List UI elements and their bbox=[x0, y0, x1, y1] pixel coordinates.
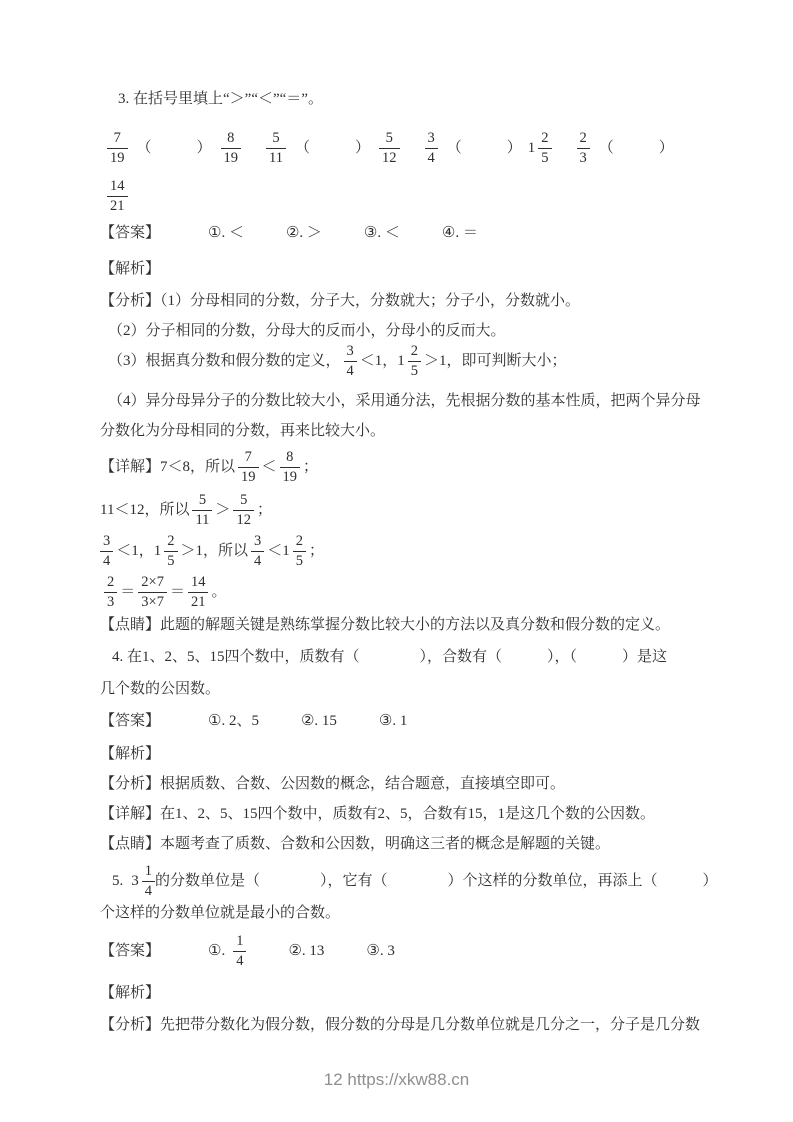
mixed-whole: 1 bbox=[154, 540, 162, 562]
fraction-denominator: 3 bbox=[577, 148, 590, 168]
fraction-numerator: 2 bbox=[408, 342, 421, 361]
q4-stem-text: 几个数的公因数。 bbox=[100, 681, 220, 697]
fraction-denominator: 4 bbox=[142, 881, 155, 901]
fraction-denominator: 19 bbox=[221, 148, 242, 168]
detail-text: ＜1， bbox=[116, 540, 154, 562]
q3-analysis-line5: 分数化为分母相同的分数，再来比较大小。 bbox=[100, 420, 385, 442]
q4-stem-text: 4. 在1、2、5、15四个数中，质数有（ ），合数有（ ），（ ）是这 bbox=[112, 649, 667, 665]
fraction-denominator: 19 bbox=[107, 148, 128, 168]
answer-item: ②. 13 bbox=[288, 940, 324, 962]
fraction: 719 bbox=[107, 129, 128, 168]
mixed-number: 125 bbox=[528, 129, 555, 168]
fraction-denominator: 5 bbox=[538, 148, 551, 168]
detail-text: 【详解】7＜8，所以 bbox=[100, 456, 235, 478]
q5-stem-line2: 个这样的分数单位就是最小的合数。 bbox=[100, 902, 340, 924]
fraction-numerator: 8 bbox=[283, 448, 296, 467]
fraction: 2×73×7 bbox=[138, 573, 167, 612]
detail-text: ＝ bbox=[170, 581, 185, 603]
mixed-number: 125 bbox=[154, 532, 181, 571]
detail-text: 【详解】在1、2、5、15四个数中，质数有2、5，合数有15，1是这几个数的公因… bbox=[100, 806, 655, 822]
fraction-denominator: 3 bbox=[104, 592, 117, 612]
fraction-numerator: 5 bbox=[269, 129, 282, 148]
analysis-text: （4）异分母异分子的分数比较大小，采用通分法，先根据分数的基本性质，把两个异分母 bbox=[108, 393, 701, 409]
q3-stem-text: 3. 在括号里填上“＞”“＜”“＝”。 bbox=[118, 91, 323, 107]
answer-item: ①. bbox=[208, 940, 225, 962]
answer-label: 【答案】 bbox=[100, 222, 160, 244]
q5-number: 5. bbox=[112, 870, 123, 892]
fraction-denominator: 4 bbox=[233, 951, 246, 971]
worksheet-page: 3. 在括号里填上“＞”“＜”“＝”。 719 （ ） 819 511 （ ） … bbox=[0, 0, 793, 1122]
q3-detail-line3: 34 ＜1， 125 ＞1，所以 34 ＜ 125 ； bbox=[100, 529, 324, 573]
fraction-numerator: 3 bbox=[251, 532, 264, 551]
detail-text: ＞1，所以 bbox=[181, 540, 249, 562]
fraction: 512 bbox=[379, 129, 400, 168]
fraction-numerator: 2 bbox=[293, 532, 306, 551]
analysis-text: 【分析】先把带分数化为假分数，假分数的分母是几分数单位就是几分之一，分子是几分数 bbox=[100, 1017, 700, 1033]
fraction-numerator: 3 bbox=[425, 129, 438, 148]
footer-text: 12 https://xkw88.cn bbox=[324, 1070, 470, 1089]
fraction-denominator: 21 bbox=[107, 196, 128, 216]
detail-text: ＞ bbox=[215, 499, 230, 521]
mixed-whole: 1 bbox=[528, 137, 536, 159]
jiexi-label: 【解析】 bbox=[100, 746, 160, 762]
fraction-numerator: 14 bbox=[107, 177, 128, 196]
dianjing-text: 【点睛】本题考查了质数、合数和公因数，明确这三者的概念是解题的关键。 bbox=[100, 836, 610, 852]
fraction-numerator: 3 bbox=[344, 342, 357, 361]
mixed-whole: 1 bbox=[282, 540, 290, 562]
fraction-numerator: 7 bbox=[242, 448, 255, 467]
fraction: 34 bbox=[425, 129, 438, 168]
fraction-numerator: 5 bbox=[196, 491, 209, 510]
fraction-numerator: 2 bbox=[164, 532, 177, 551]
answer-item: ③. 3 bbox=[366, 940, 394, 962]
q3-dianjing-line: 【点睛】此题的解题关键是熟练掌握分数比较大小的方法以及真分数和假分数的定义。 bbox=[100, 614, 670, 636]
answer-item: ③. ＜ bbox=[364, 222, 400, 244]
mixed-number: 125 bbox=[397, 342, 424, 381]
jiexi-label: 【解析】 bbox=[100, 985, 160, 1001]
fraction-denominator: 4 bbox=[251, 551, 264, 571]
detail-text: ＜ bbox=[262, 456, 277, 478]
fraction: 34 bbox=[344, 342, 357, 381]
fraction-numerator: 5 bbox=[383, 129, 396, 148]
fraction-denominator: 5 bbox=[164, 551, 177, 571]
fraction: 23 bbox=[104, 573, 117, 612]
fraction: 14 bbox=[233, 932, 246, 971]
detail-text: 11＜12，所以 bbox=[100, 499, 189, 521]
dianjing-text: 【点睛】此题的解题关键是熟练掌握分数比较大小的方法以及真分数和假分数的定义。 bbox=[100, 617, 670, 633]
fraction-numerator: 2 bbox=[104, 573, 117, 592]
analysis-text: （2）分子相同的分数，分母大的反而小，分母小的反而大。 bbox=[108, 323, 506, 339]
fraction: 719 bbox=[238, 448, 259, 487]
blank-parens: （ ） bbox=[599, 137, 674, 159]
q3-analysis-line3: （3）根据真分数和假分数的定义， 34 ＜1， 125 ＞1，即可判断大小； bbox=[108, 338, 567, 384]
detail-text: ； bbox=[303, 456, 318, 478]
analysis-text: ＞1，即可判断大小； bbox=[424, 350, 567, 372]
q3-fraction-row: 719 （ ） 819 511 （ ） 512 34 （ ） 125 23 （ … bbox=[104, 124, 680, 172]
detail-text: ； bbox=[309, 540, 324, 562]
blank-parens: （ ） bbox=[137, 137, 212, 159]
fraction: 25 bbox=[293, 532, 306, 571]
fraction: 25 bbox=[164, 532, 177, 571]
analysis-text: 【分析】根据质数、合数、公因数的概念，结合题意，直接填空即可。 bbox=[100, 776, 565, 792]
fraction: 34 bbox=[251, 532, 264, 571]
mixed-whole: 1 bbox=[397, 350, 405, 372]
fraction-numerator: 8 bbox=[224, 129, 237, 148]
fraction-denominator: 4 bbox=[425, 148, 438, 168]
answer-item: ②. 15 bbox=[301, 710, 337, 732]
fraction: 34 bbox=[100, 532, 113, 571]
q4-jiexi-line: 【解析】 bbox=[100, 743, 160, 765]
answer-item: ①. 2、5 bbox=[208, 710, 259, 732]
answer-item: ①. ＜ bbox=[208, 222, 244, 244]
fraction-numerator: 5 bbox=[237, 491, 250, 510]
fraction: 819 bbox=[221, 129, 242, 168]
fraction-denominator: 19 bbox=[238, 467, 259, 487]
analysis-text: （3）根据真分数和假分数的定义， bbox=[108, 350, 341, 372]
answer-label: 【答案】 bbox=[100, 940, 160, 962]
jiexi-label: 【解析】 bbox=[100, 261, 160, 277]
q3-analysis-line4: （4）异分母异分子的分数比较大小，采用通分法，先根据分数的基本性质，把两个异分母 bbox=[108, 390, 701, 412]
fraction-numerator: 1 bbox=[233, 932, 246, 951]
q5-jiexi-line: 【解析】 bbox=[100, 982, 160, 1004]
fraction: 14 bbox=[142, 862, 155, 901]
mixed-number: 314 bbox=[131, 862, 155, 901]
fraction-denominator: 3×7 bbox=[138, 592, 167, 612]
q4-analysis-line: 【分析】根据质数、合数、公因数的概念，结合题意，直接填空即可。 bbox=[100, 773, 565, 795]
q3-answer-row: 【答案】 ①. ＜ ②. ＞ ③. ＜ ④. ＝ bbox=[100, 222, 520, 244]
page-footer: 12 https://xkw88.cn bbox=[0, 1070, 793, 1090]
fraction-numerator: 14 bbox=[188, 573, 209, 592]
detail-text: ＜ bbox=[267, 540, 282, 562]
q3-stem-line: 3. 在括号里填上“＞”“＜”“＝”。 bbox=[118, 88, 323, 110]
analysis-text: 分数化为分母相同的分数，再来比较大小。 bbox=[100, 423, 385, 439]
fraction-denominator: 21 bbox=[188, 592, 209, 612]
q4-detail-line: 【详解】在1、2、5、15四个数中，质数有2、5，合数有15，1是这几个数的公因… bbox=[100, 803, 655, 825]
q4-answer-row: 【答案】 ①. 2、5 ②. 15 ③. 1 bbox=[100, 710, 449, 732]
q4-stem-line2: 几个数的公因数。 bbox=[100, 678, 220, 700]
fraction-denominator: 12 bbox=[379, 148, 400, 168]
fraction: 1421 bbox=[188, 573, 209, 612]
q5-answer-row: 【答案】 ①. 14 ②. 13 ③. 3 bbox=[100, 928, 437, 974]
analysis-text: ＜1， bbox=[360, 350, 398, 372]
detail-text: ＝ bbox=[120, 581, 135, 603]
fraction-denominator: 5 bbox=[408, 361, 421, 381]
q5-stem-text: 个这样的分数单位就是最小的合数。 bbox=[100, 905, 340, 921]
blank-parens: （ ） bbox=[447, 137, 522, 159]
fraction-numerator: 3 bbox=[100, 532, 113, 551]
answer-item: ④. ＝ bbox=[442, 222, 478, 244]
q3-analysis-line1: 【分析】（1）分母相同的分数，分子大，分数就大；分子小，分数就小。 bbox=[100, 290, 580, 312]
detail-text: 。 bbox=[211, 581, 226, 603]
fraction: 23 bbox=[577, 129, 590, 168]
fraction-denominator: 4 bbox=[100, 551, 113, 571]
mixed-number: 125 bbox=[282, 532, 309, 571]
q5-stem-text: 的分数单位是（ ），它有（ ）个这样的分数单位，再添上（ ） bbox=[155, 870, 718, 892]
blank-parens: （ ） bbox=[295, 137, 370, 159]
fraction: 25 bbox=[408, 342, 421, 381]
fraction-numerator: 1 bbox=[142, 862, 155, 881]
fraction: 25 bbox=[538, 129, 551, 168]
fraction-denominator: 5 bbox=[293, 551, 306, 571]
answer-label: 【答案】 bbox=[100, 710, 160, 732]
fraction-numerator: 7 bbox=[111, 129, 124, 148]
fraction-denominator: 12 bbox=[233, 510, 254, 530]
fraction: 512 bbox=[233, 491, 254, 530]
fraction: 511 bbox=[192, 491, 212, 530]
fraction-numerator: 2 bbox=[538, 129, 551, 148]
q4-stem-line1: 4. 在1、2、5、15四个数中，质数有（ ），合数有（ ），（ ）是这 bbox=[112, 646, 667, 668]
detail-text: ； bbox=[257, 499, 272, 521]
q3-detail-line1: 【详解】7＜8，所以 719 ＜ 819 ； bbox=[100, 444, 318, 490]
q4-dianjing-line: 【点睛】本题考查了质数、合数和公因数，明确这三者的概念是解题的关键。 bbox=[100, 833, 610, 855]
answer-item: ②. ＞ bbox=[286, 222, 322, 244]
analysis-text: 【分析】（1）分母相同的分数，分子大，分数就大；分子小，分数就小。 bbox=[100, 293, 580, 309]
q3-detail-line4: 23 ＝ 2×73×7 ＝ 1421 。 bbox=[104, 570, 226, 614]
q3-detail-line2: 11＜12，所以 511 ＞ 512 ； bbox=[100, 488, 272, 532]
fraction-denominator: 19 bbox=[280, 467, 301, 487]
fraction: 819 bbox=[280, 448, 301, 487]
q5-analysis-line: 【分析】先把带分数化为假分数，假分数的分母是几分数单位就是几分之一，分子是几分数 bbox=[100, 1014, 700, 1036]
fraction-numerator: 2 bbox=[577, 129, 590, 148]
mixed-whole: 3 bbox=[131, 870, 139, 892]
q3-jiexi-line: 【解析】 bbox=[100, 258, 160, 280]
fraction: 511 bbox=[266, 129, 286, 168]
fraction-denominator: 11 bbox=[192, 510, 212, 530]
answer-item: ③. 1 bbox=[379, 710, 407, 732]
q3-fraction-row2: 1421 bbox=[104, 172, 131, 220]
fraction: 1421 bbox=[107, 177, 128, 216]
q5-stem-line1: 5. 314 的分数单位是（ ），它有（ ）个这样的分数单位，再添上（ ） bbox=[112, 858, 718, 904]
fraction-denominator: 11 bbox=[266, 148, 286, 168]
fraction-denominator: 4 bbox=[344, 361, 357, 381]
fraction-numerator: 2×7 bbox=[138, 573, 167, 592]
